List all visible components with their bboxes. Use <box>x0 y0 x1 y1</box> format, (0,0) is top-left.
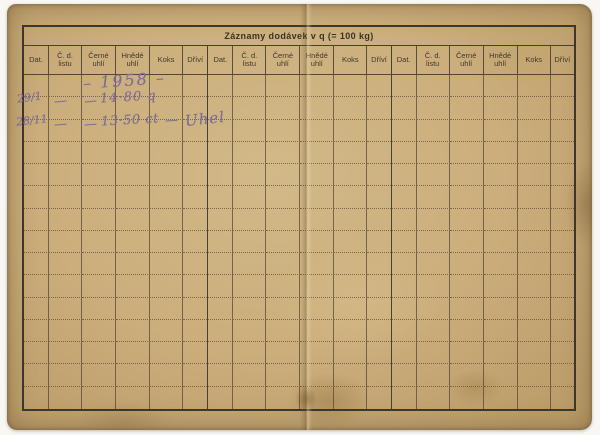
grid-cell <box>24 253 49 275</box>
column-header: Dříví <box>551 46 574 75</box>
grid-cell <box>484 186 518 208</box>
grid-cell <box>300 253 334 275</box>
grid-cell <box>300 142 334 164</box>
grid-cell <box>116 364 150 386</box>
grid-cell <box>334 342 367 364</box>
record-grid: Dat.Č. d. listuČerné uhlíHnědé uhlíKoksD… <box>24 46 574 409</box>
grid-cell <box>417 275 450 297</box>
grid-cell <box>266 97 300 119</box>
grid-cell <box>392 387 417 409</box>
grid-cell <box>334 364 367 386</box>
grid-cell <box>417 164 450 186</box>
grid-cell <box>266 298 300 320</box>
grid-cell <box>300 298 334 320</box>
grid-cell <box>183 275 207 297</box>
grid-cell <box>208 275 233 297</box>
stain-spot <box>295 386 317 412</box>
grid-cell <box>484 75 518 97</box>
grid-cell <box>392 231 417 253</box>
grid-cell <box>392 75 417 97</box>
column-group: Dat.Č. d. listuČerné uhlíHnědé uhlíKoksD… <box>207 46 390 409</box>
column-header: Koks <box>334 46 367 75</box>
grid-cell <box>183 75 207 97</box>
grid-cell <box>367 364 390 386</box>
grid-cell <box>116 275 150 297</box>
grid-cell <box>49 364 82 386</box>
grid-cell <box>484 209 518 231</box>
grid-cell <box>334 253 367 275</box>
grid-cell <box>367 209 390 231</box>
grid-cell <box>24 275 49 297</box>
column-header: Koks <box>518 46 551 75</box>
grid-cell <box>183 320 207 342</box>
grid-cell <box>233 364 266 386</box>
grid-cell <box>367 186 390 208</box>
record-card: Záznamy dodávek v q (= 100 kg) Dat.Č. d.… <box>7 4 592 430</box>
grid-cell <box>266 275 300 297</box>
grid-cell <box>450 298 484 320</box>
grid-cell <box>266 142 300 164</box>
grid-cell <box>367 320 390 342</box>
column-group: Dat.Č. d. listuČerné uhlíHnědé uhlíKoksD… <box>24 46 207 409</box>
grid-cell <box>518 164 551 186</box>
table-title: Záznamy dodávek v q (= 100 kg) <box>24 27 574 46</box>
grid-cell <box>233 164 266 186</box>
grid-cell <box>24 320 49 342</box>
grid-cell <box>116 231 150 253</box>
grid-cell <box>518 298 551 320</box>
grid-cell <box>208 97 233 119</box>
column-header: Hnědé uhlí <box>116 46 150 75</box>
grid-cell <box>300 209 334 231</box>
grid-cell <box>450 253 484 275</box>
grid-cell <box>208 364 233 386</box>
grid-cell <box>150 142 183 164</box>
grid-cell <box>367 231 390 253</box>
grid-cell <box>450 75 484 97</box>
grid-cell <box>82 253 116 275</box>
grid-cell <box>518 320 551 342</box>
grid-cell <box>49 75 82 97</box>
grid-cell <box>116 186 150 208</box>
grid-cell <box>150 320 183 342</box>
grid-cell <box>518 120 551 142</box>
grid-cell <box>183 364 207 386</box>
grid-cell <box>82 387 116 409</box>
grid-cell <box>150 120 183 142</box>
grid-cell <box>300 186 334 208</box>
grid-cell <box>300 364 334 386</box>
grid-cell <box>551 209 574 231</box>
grid-cell <box>116 387 150 409</box>
grid-cell <box>266 75 300 97</box>
grid-cell <box>417 320 450 342</box>
grid-cell <box>484 364 518 386</box>
grid-cell <box>233 186 266 208</box>
grid-cell <box>183 253 207 275</box>
grid-cell <box>300 342 334 364</box>
grid-cell <box>233 209 266 231</box>
grid-cell <box>551 186 574 208</box>
grid-cell <box>233 142 266 164</box>
grid-cell <box>82 75 116 97</box>
grid-cell <box>183 120 207 142</box>
grid-cell <box>266 342 300 364</box>
grid-cell <box>49 209 82 231</box>
grid-cell <box>183 298 207 320</box>
grid-cell <box>233 231 266 253</box>
grid-cell <box>150 186 183 208</box>
grid-cell <box>417 186 450 208</box>
grid-cell <box>24 186 49 208</box>
grid-cell <box>551 164 574 186</box>
grid-cell <box>518 97 551 119</box>
column-header: Dat. <box>24 46 49 75</box>
grid-cell <box>484 120 518 142</box>
grid-cell <box>233 320 266 342</box>
grid-cell <box>334 120 367 142</box>
grid-cell <box>367 298 390 320</box>
grid-cell <box>233 275 266 297</box>
grid-cell <box>450 186 484 208</box>
grid-cell <box>150 97 183 119</box>
grid-cell <box>334 209 367 231</box>
grid-cell <box>392 164 417 186</box>
grid-cell <box>367 142 390 164</box>
grid-cell <box>484 142 518 164</box>
grid-cell <box>450 142 484 164</box>
grid-cell <box>518 253 551 275</box>
grid-cell <box>450 364 484 386</box>
grid-cell <box>484 275 518 297</box>
grid-cell <box>208 231 233 253</box>
grid-cell <box>518 342 551 364</box>
grid-cell <box>24 298 49 320</box>
grid-cell <box>233 97 266 119</box>
grid-cell <box>392 186 417 208</box>
grid-cell <box>417 120 450 142</box>
grid-cell <box>150 342 183 364</box>
grid-cell <box>49 342 82 364</box>
grid-cell <box>82 97 116 119</box>
grid-cell <box>183 164 207 186</box>
grid-cell <box>208 342 233 364</box>
column-header: Černé uhlí <box>450 46 484 75</box>
grid-cell <box>551 298 574 320</box>
grid-cell <box>417 364 450 386</box>
grid-cell <box>233 253 266 275</box>
grid-cell <box>49 120 82 142</box>
grid-cell <box>82 120 116 142</box>
grid-cell <box>450 120 484 142</box>
grid-cell <box>518 364 551 386</box>
column-header: Dříví <box>183 46 207 75</box>
grid-cell <box>392 142 417 164</box>
grid-cell <box>82 164 116 186</box>
grid-cell <box>116 320 150 342</box>
grid-cell <box>24 75 49 97</box>
grid-cell <box>484 164 518 186</box>
grid-cell <box>150 209 183 231</box>
grid-cell <box>392 209 417 231</box>
grid-cell <box>150 164 183 186</box>
grid-cell <box>116 75 150 97</box>
column-header: Dříví <box>367 46 390 75</box>
grid-cell <box>334 186 367 208</box>
grid-cell <box>24 164 49 186</box>
grid-cell <box>183 342 207 364</box>
grid-cell <box>82 209 116 231</box>
grid-cell <box>183 231 207 253</box>
grid-cell <box>208 387 233 409</box>
grid-cell <box>450 387 484 409</box>
grid-cell <box>484 387 518 409</box>
grid-cell <box>208 298 233 320</box>
grid-cell <box>150 275 183 297</box>
grid-cell <box>551 75 574 97</box>
grid-cell <box>392 298 417 320</box>
grid-cell <box>300 97 334 119</box>
grid-cell <box>266 209 300 231</box>
grid-cell <box>450 231 484 253</box>
grid-cell <box>551 142 574 164</box>
column-header: Hnědé uhlí <box>300 46 334 75</box>
grid-cell <box>82 142 116 164</box>
grid-cell <box>367 120 390 142</box>
grid-cell <box>484 253 518 275</box>
column-header: Č. d. listu <box>417 46 450 75</box>
grid-cell <box>49 387 82 409</box>
grid-cell <box>208 209 233 231</box>
grid-cell <box>266 253 300 275</box>
grid-cell <box>49 275 82 297</box>
grid-cell <box>334 142 367 164</box>
column-header: Dat. <box>208 46 233 75</box>
grid-cell <box>82 342 116 364</box>
grid-cell <box>417 298 450 320</box>
grid-cell <box>484 342 518 364</box>
grid-cell <box>183 209 207 231</box>
grid-cell <box>367 342 390 364</box>
grid-cell <box>392 320 417 342</box>
grid-cell <box>334 275 367 297</box>
grid-cell <box>49 142 82 164</box>
grid-cell <box>82 275 116 297</box>
grid-cell <box>116 142 150 164</box>
grid-cell <box>208 120 233 142</box>
grid-cell <box>82 364 116 386</box>
grid-cell <box>300 120 334 142</box>
grid-cell <box>208 186 233 208</box>
grid-cell <box>183 97 207 119</box>
grid-cell <box>116 342 150 364</box>
grid-cell <box>417 253 450 275</box>
grid-cell <box>49 253 82 275</box>
grid-cell <box>392 253 417 275</box>
grid-cell <box>334 75 367 97</box>
column-header: Č. d. listu <box>49 46 82 75</box>
grid-cell <box>484 97 518 119</box>
grid-cell <box>518 387 551 409</box>
grid-cell <box>392 364 417 386</box>
grid-cell <box>484 320 518 342</box>
grid-cell <box>417 97 450 119</box>
grid-cell <box>116 253 150 275</box>
grid-cell <box>24 231 49 253</box>
grid-cell <box>150 364 183 386</box>
grid-cell <box>417 142 450 164</box>
grid-cell <box>551 342 574 364</box>
grid-cell <box>367 97 390 119</box>
grid-cell <box>551 387 574 409</box>
grid-cell <box>266 364 300 386</box>
grid-cell <box>518 186 551 208</box>
delivery-table: Záznamy dodávek v q (= 100 kg) Dat.Č. d.… <box>22 25 576 411</box>
grid-cell <box>551 97 574 119</box>
grid-cell <box>334 387 367 409</box>
grid-cell <box>518 142 551 164</box>
grid-cell <box>450 209 484 231</box>
grid-cell <box>417 387 450 409</box>
grid-cell <box>24 342 49 364</box>
grid-cell <box>233 387 266 409</box>
grid-cell <box>82 320 116 342</box>
grid-cell <box>450 342 484 364</box>
grid-cell <box>266 164 300 186</box>
grid-cell <box>233 298 266 320</box>
grid-cell <box>367 275 390 297</box>
grid-cell <box>24 120 49 142</box>
grid-cell <box>518 209 551 231</box>
column-header: Černé uhlí <box>266 46 300 75</box>
grid-cell <box>82 186 116 208</box>
grid-cell <box>208 320 233 342</box>
grid-cell <box>450 320 484 342</box>
column-group: Dat.Č. d. listuČerné uhlíHnědé uhlíKoksD… <box>391 46 574 409</box>
grid-cell <box>49 97 82 119</box>
grid-cell <box>450 275 484 297</box>
grid-cell <box>392 97 417 119</box>
grid-cell <box>392 275 417 297</box>
grid-cell <box>82 231 116 253</box>
grid-cell <box>116 120 150 142</box>
grid-cell <box>150 298 183 320</box>
grid-cell <box>551 275 574 297</box>
grid-cell <box>49 164 82 186</box>
grid-cell <box>208 142 233 164</box>
grid-cell <box>551 253 574 275</box>
grid-cell <box>208 164 233 186</box>
grid-cell <box>183 186 207 208</box>
grid-cell <box>82 298 116 320</box>
column-header: Černé uhlí <box>82 46 116 75</box>
grid-cell <box>183 142 207 164</box>
grid-cell <box>266 186 300 208</box>
grid-cell <box>116 97 150 119</box>
grid-cell <box>334 298 367 320</box>
grid-cell <box>334 320 367 342</box>
grid-cell <box>150 75 183 97</box>
grid-cell <box>367 387 390 409</box>
grid-cell <box>551 364 574 386</box>
grid-cell <box>367 164 390 186</box>
grid-cell <box>334 231 367 253</box>
grid-cell <box>266 120 300 142</box>
grid-cell <box>367 75 390 97</box>
grid-cell <box>551 320 574 342</box>
grid-cell <box>233 342 266 364</box>
grid-cell <box>484 231 518 253</box>
column-header: Hnědé uhlí <box>484 46 518 75</box>
grid-cell <box>300 275 334 297</box>
grid-cell <box>208 253 233 275</box>
grid-cell <box>233 120 266 142</box>
grid-cell <box>150 231 183 253</box>
column-header: Koks <box>150 46 183 75</box>
grid-cell <box>24 209 49 231</box>
grid-cell <box>392 120 417 142</box>
grid-cell <box>24 364 49 386</box>
grid-cell <box>417 209 450 231</box>
grid-cell <box>24 387 49 409</box>
grid-cell <box>450 164 484 186</box>
grid-cell <box>551 120 574 142</box>
grid-cell <box>518 231 551 253</box>
column-header: Dat. <box>392 46 417 75</box>
grid-cell <box>450 97 484 119</box>
grid-cell <box>233 75 266 97</box>
grid-cell <box>183 387 207 409</box>
grid-cell <box>150 253 183 275</box>
grid-cell <box>334 97 367 119</box>
grid-cell <box>24 142 49 164</box>
grid-cell <box>150 387 183 409</box>
grid-cell <box>266 320 300 342</box>
grid-cell <box>49 298 82 320</box>
grid-cell <box>417 231 450 253</box>
grid-cell <box>300 320 334 342</box>
grid-cell <box>392 342 417 364</box>
grid-cell <box>417 342 450 364</box>
grid-cell <box>334 164 367 186</box>
grid-cell <box>24 97 49 119</box>
grid-cell <box>518 275 551 297</box>
grid-cell <box>484 298 518 320</box>
grid-cell <box>551 231 574 253</box>
grid-cell <box>49 320 82 342</box>
grid-cell <box>116 298 150 320</box>
grid-cell <box>417 75 450 97</box>
grid-cell <box>300 231 334 253</box>
grid-cell <box>300 75 334 97</box>
grid-cell <box>49 186 82 208</box>
grid-cell <box>300 164 334 186</box>
grid-cell <box>49 231 82 253</box>
grid-cell <box>116 164 150 186</box>
grid-cell <box>367 253 390 275</box>
grid-cell <box>518 75 551 97</box>
grid-cell <box>116 209 150 231</box>
grid-cell <box>208 75 233 97</box>
column-header: Č. d. listu <box>233 46 266 75</box>
grid-cell <box>266 231 300 253</box>
